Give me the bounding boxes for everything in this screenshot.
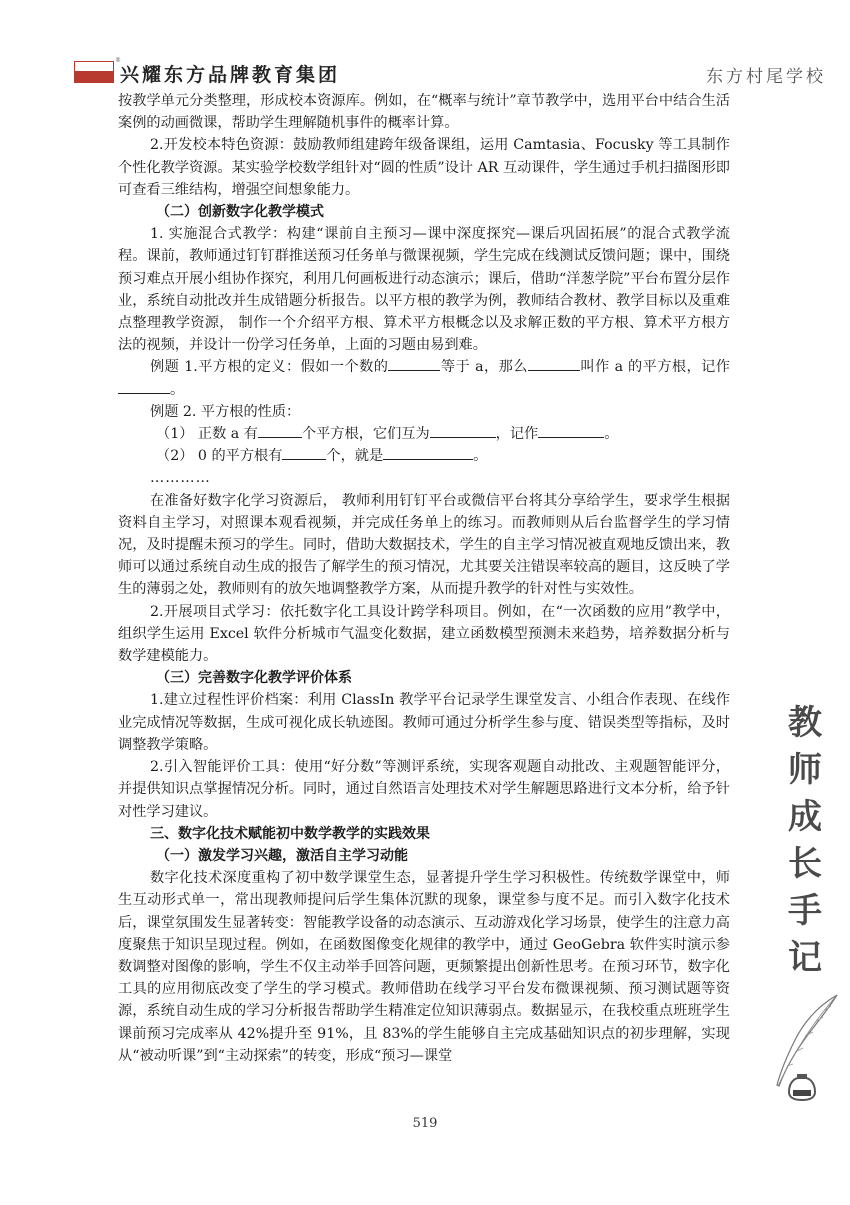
example-2-item-2: （2） 0 的平方根有个，就是。 <box>118 445 730 467</box>
paragraph: 2.开展项目式学习：依托数字化工具设计跨学科项目。例如，在“一次函数的应用”教学… <box>118 601 730 668</box>
answer-blank <box>258 423 302 438</box>
paragraph: 1.建立过程性评价档案：利用 ClassIn 教学平台记录学生课堂发言、小组合作… <box>118 689 730 756</box>
section-heading: （二）创新数字化教学模式 <box>118 201 730 223</box>
answer-blank <box>282 445 326 460</box>
answer-blank <box>118 379 170 394</box>
brand-logo-icon: ® <box>74 61 114 83</box>
section-heading: （三）完善数字化教学评价体系 <box>118 667 730 689</box>
paragraph: 2.引入智能评价工具：使用“好分数”等测评系统，实现客观题自动批改、主观题智能评… <box>118 756 730 823</box>
paragraph: 1. 实施混合式教学：构建“课前自主预习—课中深度探究—课后巩固拓展”的混合式教… <box>118 223 730 356</box>
feather-quill-icon <box>765 990 845 1105</box>
answer-blank <box>538 423 604 438</box>
page-number: 519 <box>0 1116 850 1131</box>
brand-name: 兴耀东方品牌教育集团 <box>120 60 340 87</box>
ellipsis: ………… <box>118 467 730 489</box>
section-heading: （一）激发学习兴趣，激活自主学习动能 <box>118 845 730 867</box>
paragraph: 数字化技术深度重构了初中数学课堂生态，显著提升学生学习积极性。传统数学课堂中，师… <box>118 867 730 1067</box>
calligraphy-sidebar: 教师成长手记 <box>785 700 825 982</box>
answer-blank <box>430 423 496 438</box>
example-2-item-1: （1） 正数 a 有个平方根，它们互为，记作。 <box>118 423 730 445</box>
article-body: 按教学单元分类整理，形成校本资源库。例如，在“概率与统计”章节教学中，选用平台中… <box>118 90 730 1067</box>
page-header: ® 兴耀东方品牌教育集团 东方村尾学校 <box>74 58 834 88</box>
answer-blank <box>388 356 440 371</box>
paragraph: 2.开发校本特色资源：鼓励教师组建跨年级备课组，运用 Camtasia、Focu… <box>118 134 730 201</box>
answer-blank <box>383 445 473 460</box>
paragraph: 在准备好数字化学习资源后， 教师利用钉钉平台或微信平台将其分享给学生，要求学生根… <box>118 490 730 601</box>
example-1: 例题 1.平方根的定义：假如一个数的等于 a，那么叫作 a 的平方根，记作。 <box>118 356 730 400</box>
paragraph: 按教学单元分类整理，形成校本资源库。例如，在“概率与统计”章节教学中，选用平台中… <box>118 90 730 134</box>
chapter-heading: 三、数字化技术赋能初中数学教学的实践效果 <box>118 823 730 845</box>
school-name: 东方村尾学校 <box>706 62 826 87</box>
answer-blank <box>528 356 580 371</box>
example-2-title: 例题 2. 平方根的性质： <box>118 401 730 423</box>
